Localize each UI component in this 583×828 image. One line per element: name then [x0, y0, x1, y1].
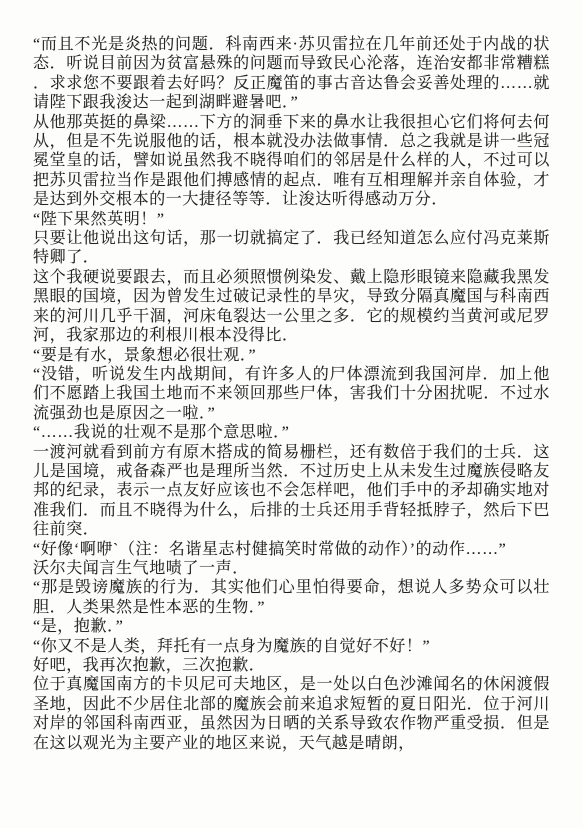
paragraph: “好像‘啊咿ˋ（注：名谐星志村健搞笑时常做的动作）’的动作……”: [33, 540, 550, 559]
paragraph: 沃尔夫闻言生气地啧了一声．: [33, 559, 550, 578]
paragraph: “没错，听说发生内战期间，有许多人的尸体漂流到我国河岸．加上他们不愿踏上我国土地…: [33, 365, 550, 423]
paragraph: “你又不是人类，拜托有一点身为魔族的自觉好不好！”: [33, 637, 550, 656]
document-page: “而且不光是炎热的问题．科南西来·苏贝雷拉在几年前还处于内战的状态．听说目前因为…: [0, 0, 583, 828]
paragraph: 只要让他说出这句话，那一切就搞定了．我已经知道怎么应付冯克莱斯特卿了．: [33, 229, 550, 268]
paragraph: 一渡河就看到前方有原木搭成的简易栅栏，还有数倍于我们的士兵．这儿是国境，戒备森严…: [33, 443, 550, 540]
paragraph: “陛下果然英明！”: [33, 210, 550, 229]
paragraph: 从他那英挺的鼻梁……下方的洞垂下来的鼻水让我很担心它们将何去何从，但是不先说服他…: [33, 113, 550, 210]
paragraph: “……我说的壮观不是那个意思啦．”: [33, 423, 550, 442]
paragraph: 好吧，我再次抱歉，三次抱歉．: [33, 656, 550, 675]
paragraph: “那是毁谤魔族的行为．其实他们心里怕得要命，想说人多势众可以壮胆．人类果然是性本…: [33, 578, 550, 617]
paragraph: 这个我硬说要跟去，而且必须照惯例染发、戴上隐形眼镜来隐藏我黑发黑眼的国境，因为曾…: [33, 268, 550, 346]
paragraph: “要是有水，景象想必很壮观．”: [33, 346, 550, 365]
paragraph: “是，抱歉．”: [33, 617, 550, 636]
paragraph: 位于真魔国南方的卡贝尼可夫地区，是一处以白色沙滩闻名的休闲渡假圣地，因此不少居住…: [33, 675, 550, 753]
text-body: “而且不光是炎热的问题．科南西来·苏贝雷拉在几年前还处于内战的状态．听说目前因为…: [33, 35, 550, 753]
paragraph: “而且不光是炎热的问题．科南西来·苏贝雷拉在几年前还处于内战的状态．听说目前因为…: [33, 35, 550, 113]
